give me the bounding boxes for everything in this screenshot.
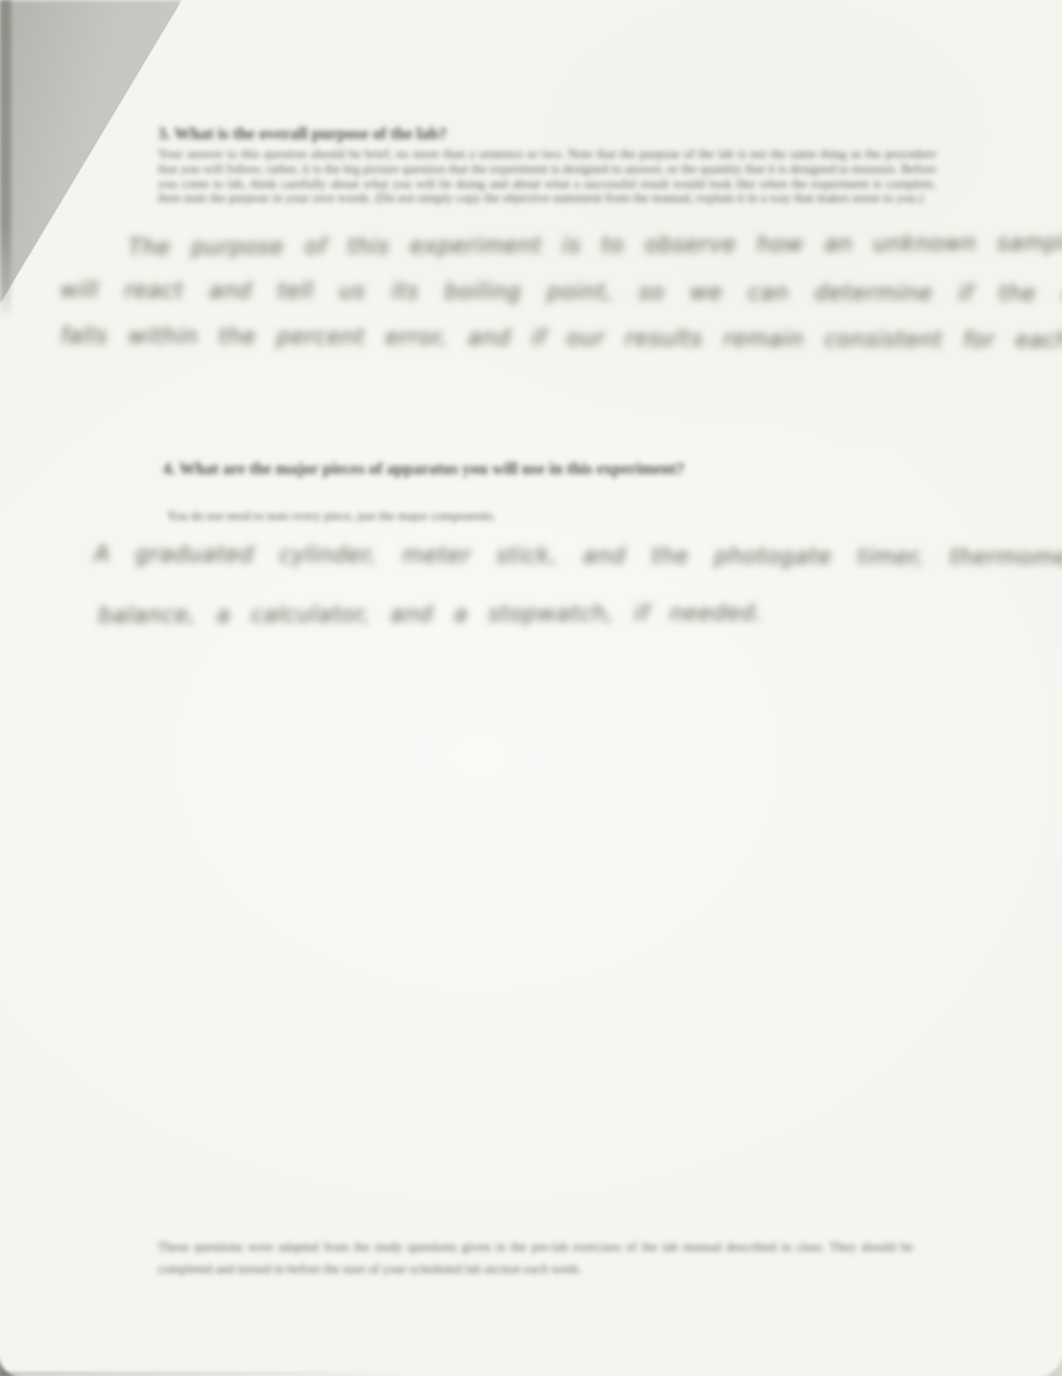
bottom-edge-shadow [0,1372,420,1376]
scanned-document-page: { "document": { "question3": { "heading"… [0,0,1062,1376]
question3-instructions: Your answer to this question should be b… [158,147,936,206]
footer-note: These questions were adapted from the st… [158,1236,913,1280]
question3-answer-line-3: falls within the percent error, and if o… [60,324,1062,354]
left-edge-shadow [0,0,11,320]
question4-instructions: You do not need to note every piece, jus… [167,509,637,524]
question4-answer-line-1: A graduated cylinder, meter stick, and t… [94,542,1062,571]
question3-heading: 3. What is the overall purpose of the la… [158,121,698,146]
question3-answer-line-1: The purpose of this experiment is to obs… [128,231,1062,261]
question3-answer-line-2: will react and tell us its boiling point… [60,278,1062,307]
question4-heading: 4. What are the major pieces of apparatu… [163,456,803,481]
bottom-right-corner-shadow [954,1338,1062,1376]
question4-answer-line-2: balance, a calculator, and a stopwatch, … [98,601,762,628]
